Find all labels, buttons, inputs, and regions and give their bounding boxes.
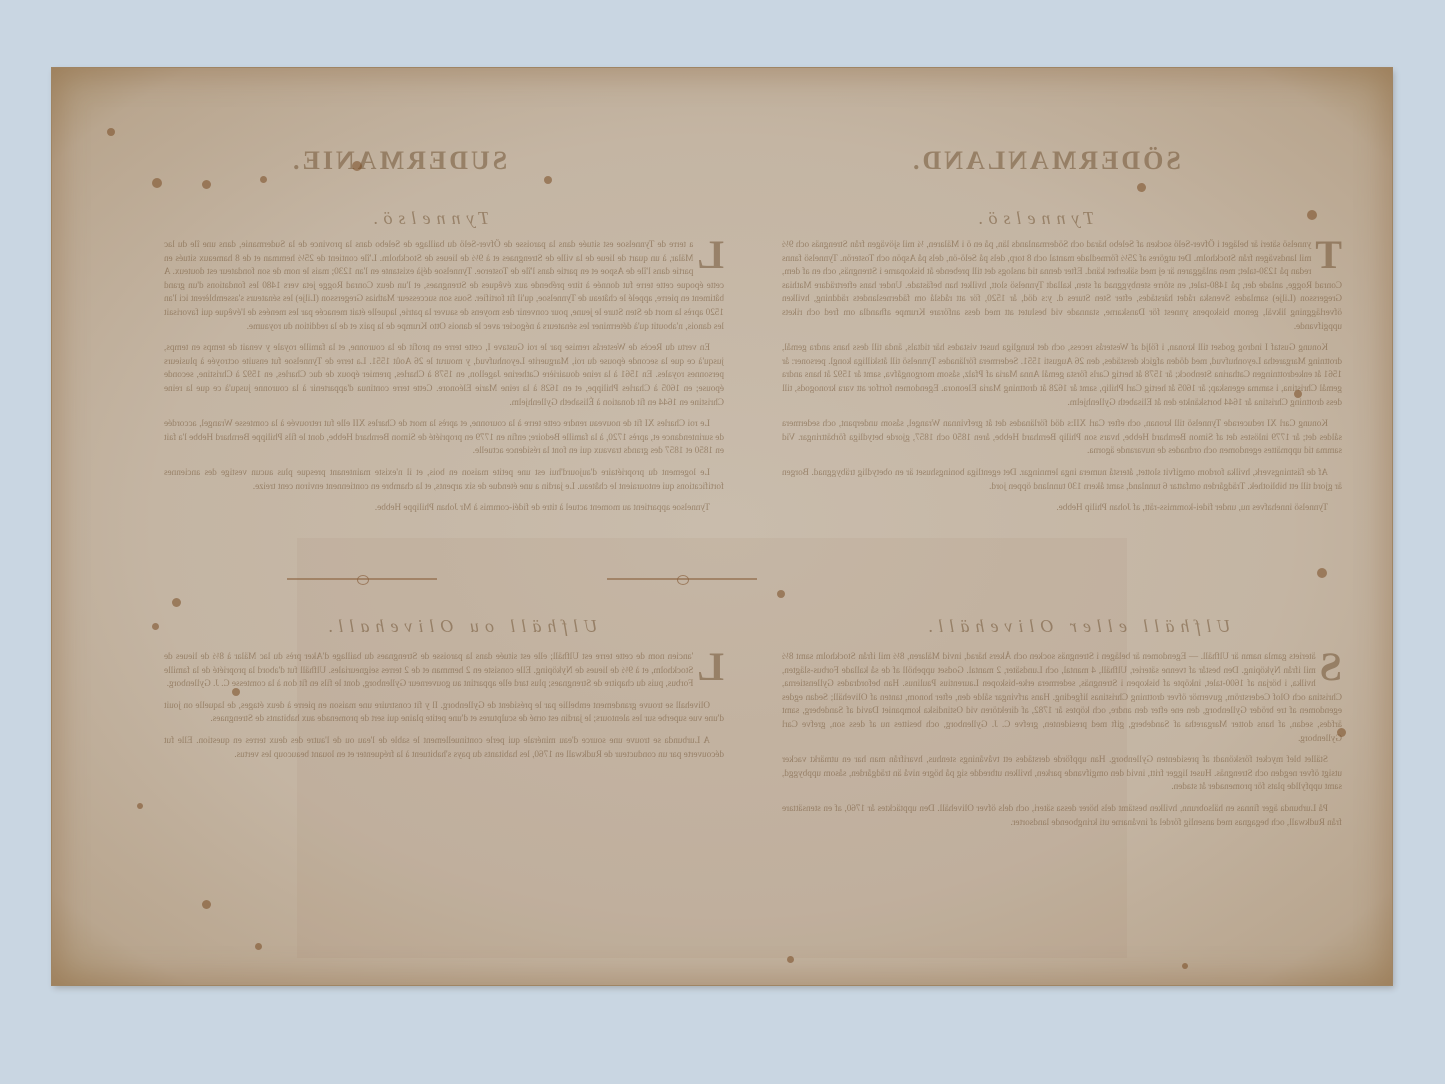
foxing-stain xyxy=(1137,183,1146,192)
foxing-stain xyxy=(1317,568,1327,578)
foxing-stain xyxy=(787,956,794,963)
right-region-title: SÖDERMANLAND. xyxy=(910,146,1181,176)
left-section-2-title: Ulfhäll ou Olivehall. xyxy=(322,616,597,637)
paper-sheet: SUDERMANIE. Tynnelsö. La terre de Tynnel… xyxy=(52,68,1392,985)
foxing-stain xyxy=(544,176,552,184)
left-region-title: SUDERMANIE. xyxy=(290,146,507,176)
dropcap: S xyxy=(1320,652,1342,682)
foxing-stain xyxy=(352,161,362,171)
right-section-1-title: Tynnelsö. xyxy=(972,208,1094,229)
ornamental-divider xyxy=(607,578,757,580)
foxing-stain xyxy=(255,943,262,950)
foxing-stain xyxy=(152,178,162,188)
foxing-stain xyxy=(1182,963,1188,969)
left-section-1-title: Tynnelsö. xyxy=(367,208,489,229)
foxing-stain xyxy=(137,803,143,809)
foxing-stain xyxy=(202,900,211,909)
foxing-stain xyxy=(777,590,785,598)
left-section-1-body: La terre de Tynnelsoe est située dans la… xyxy=(164,238,724,548)
dropcap: L xyxy=(697,652,724,682)
foxing-stain xyxy=(1337,728,1346,737)
foxing-stain xyxy=(1307,210,1317,220)
foxing-stain xyxy=(1294,390,1302,398)
right-section-2-body: Säteriets gamla namn är Ulfhäll. — Egend… xyxy=(782,650,1342,950)
foxing-stain xyxy=(152,623,159,630)
dropcap: T xyxy=(1315,240,1342,270)
left-section-2-body: L'ancien nom de cette terre est Ulfhäll;… xyxy=(164,650,724,950)
foxing-stain xyxy=(107,128,115,136)
foxing-stain xyxy=(202,180,211,189)
ornamental-divider xyxy=(287,578,437,580)
foxing-stain xyxy=(232,688,240,696)
dropcap: L xyxy=(697,240,724,270)
foxing-stain xyxy=(260,176,267,183)
right-section-2-title: Ulfhäll eller Olivehäll. xyxy=(922,616,1230,637)
foxing-stain xyxy=(172,598,181,607)
right-section-1-body: Tynnelsö säteri är beläget i Öfver-Selö … xyxy=(782,238,1342,558)
